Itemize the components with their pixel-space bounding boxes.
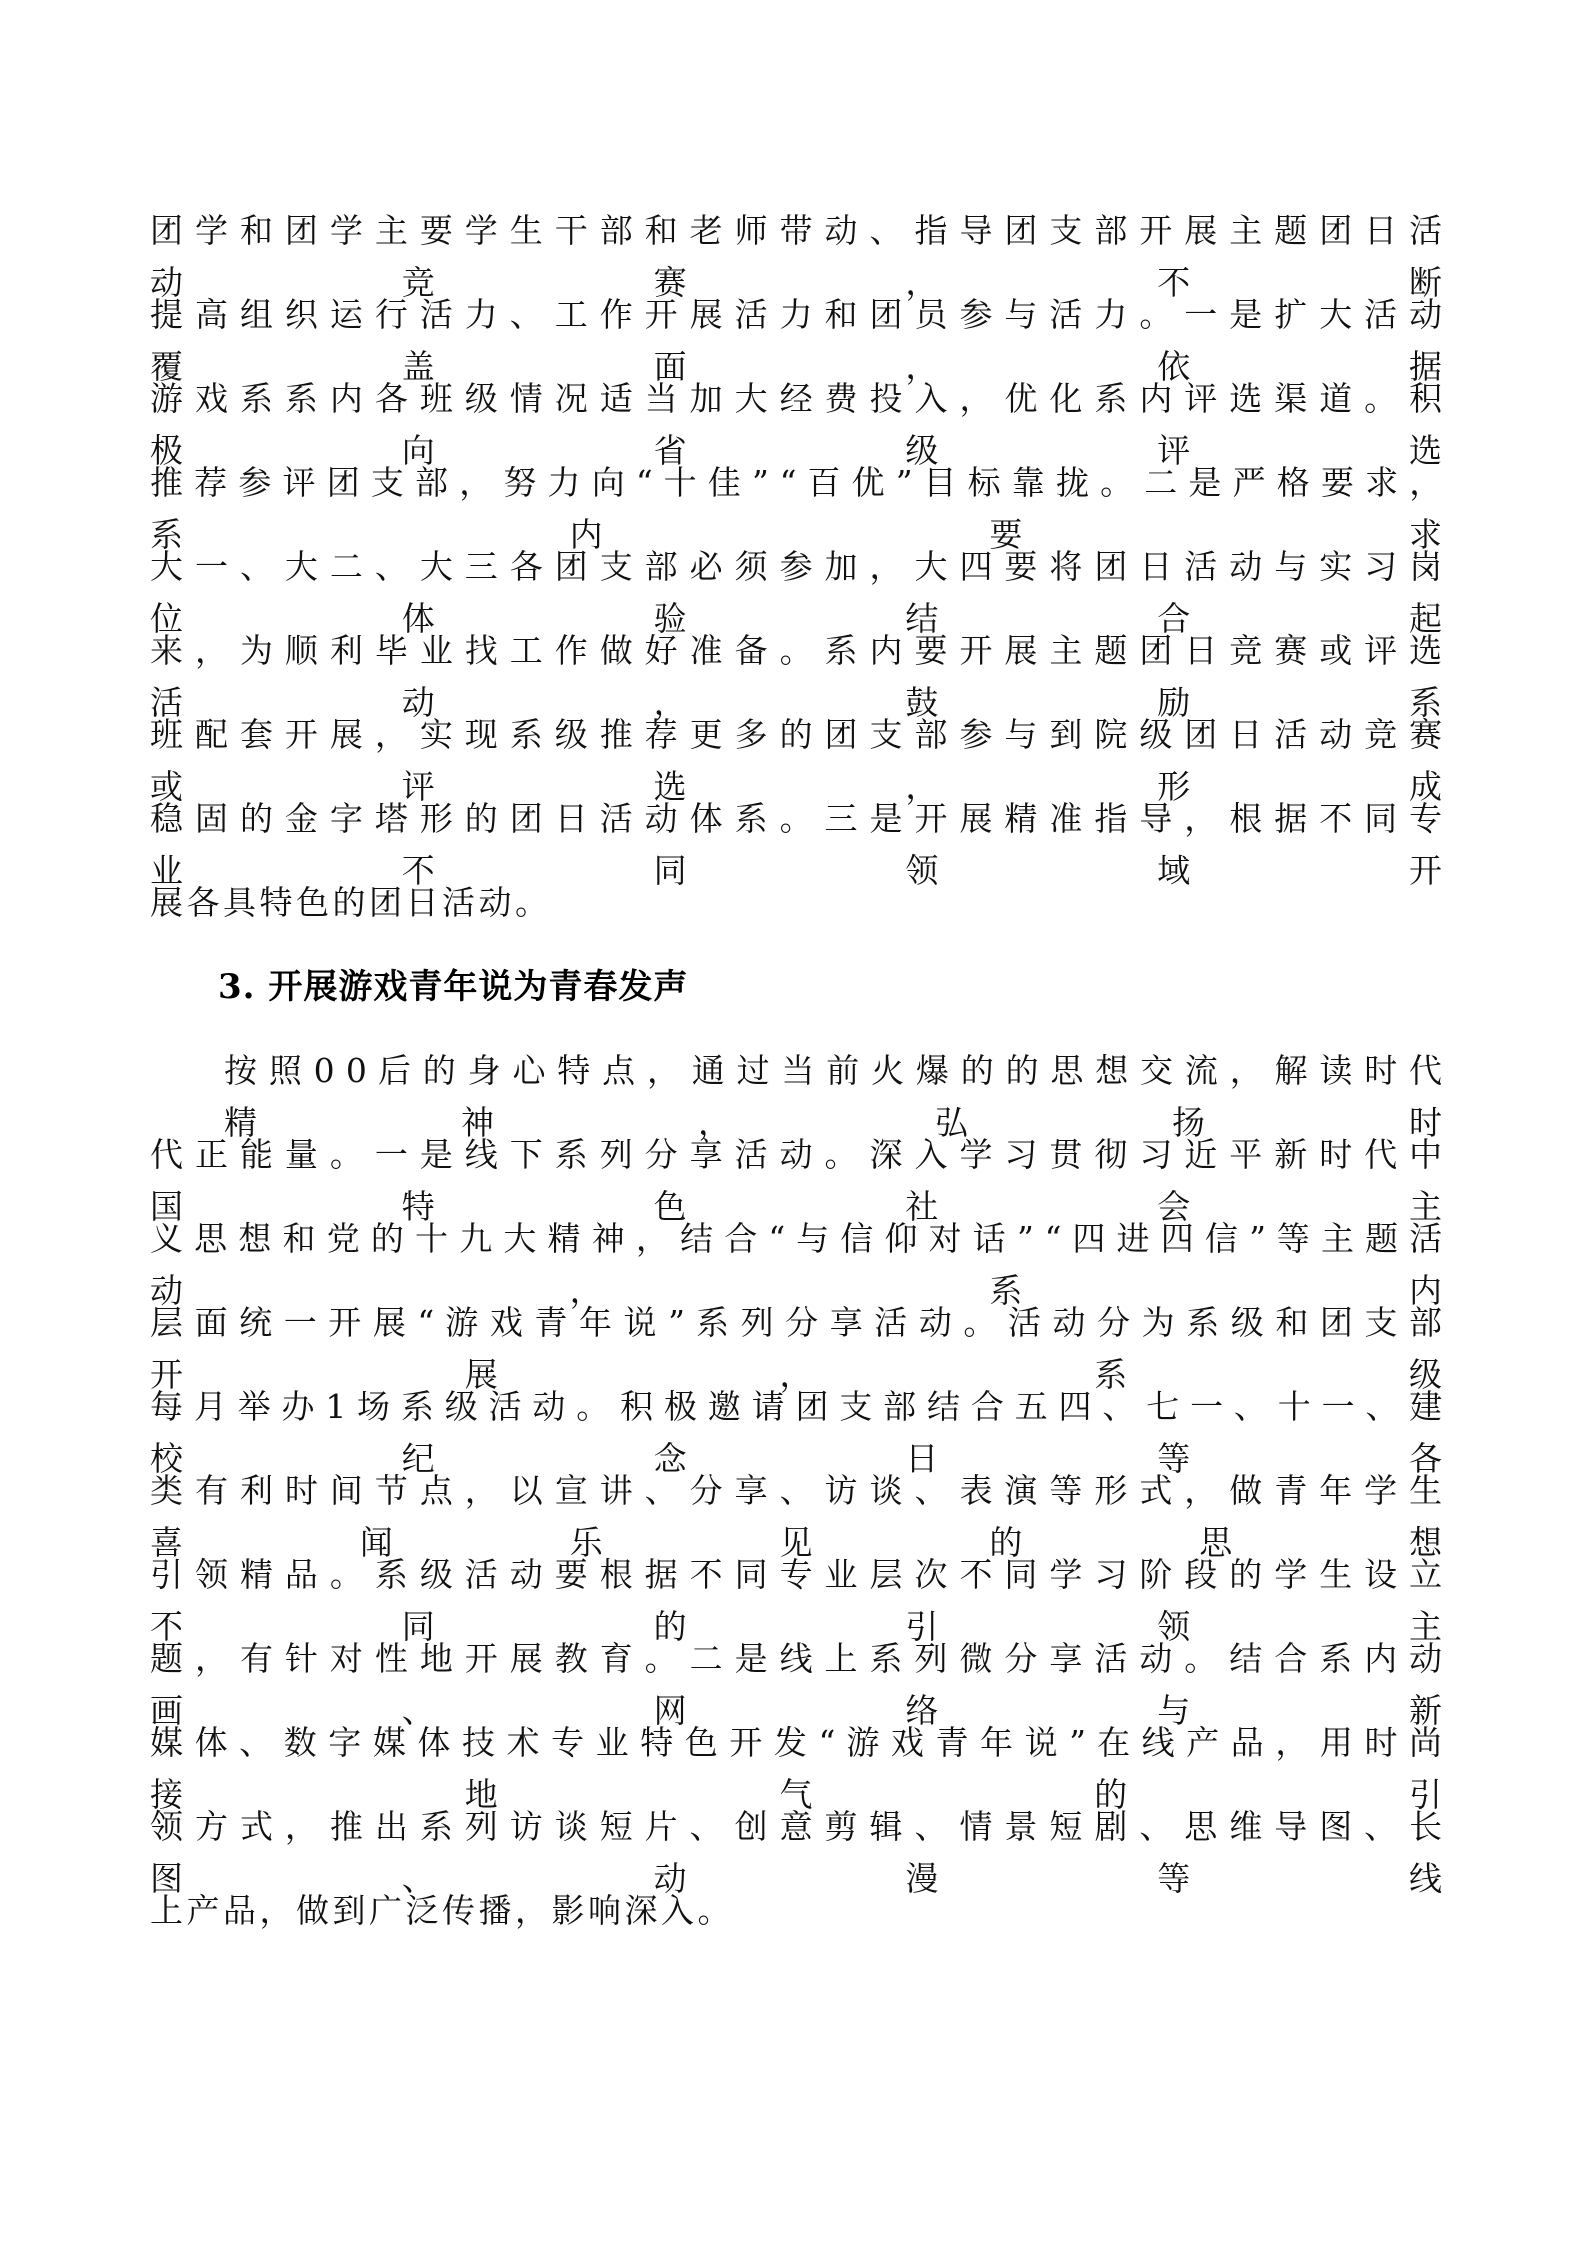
document-page: 团 学 和 团 学 主 要 学 生 干 部 和 老 师 带 动 、 指 导 团 … — [150, 205, 1442, 1969]
section-heading: 3. 开展游戏青年说为青春发声 — [150, 961, 1442, 1045]
paragraph-line: 来 ， 为 顺 利 毕 业 找 工 作 做 好 准 备 。 系 内 要 开 展 … — [150, 625, 1442, 709]
paragraph-line: 游 戏 系 系 内 各 班 级 情 况 适 当 加 大 经 费 投 入 ， 优 … — [150, 373, 1442, 457]
line-text: 展各具特色的团日活动。 — [150, 883, 552, 922]
paragraph-line: 提 高 组 织 运 行 活 力 、 工 作 开 展 活 力 和 团 员 参 与 … — [150, 289, 1442, 373]
paragraph-line: 推 荐 参 评 团 支 部 ， 努 力 向 “ 十 佳 ” “ 百 优 ” 目 … — [150, 457, 1442, 541]
paragraph-line: 层 面 统 一 开 展 “ 游 戏 青 年 说 ” 系 列 分 享 活 动 。 … — [150, 1297, 1442, 1381]
line-text: 上产品，做到广泛传播，影响深入。 — [150, 1891, 734, 1930]
paragraph-line: 每 月 举 办 1 场 系 级 活 动 。 积 极 邀 请 团 支 部 结 合 … — [150, 1381, 1442, 1465]
paragraph-line: 代 正 能 量 。 一 是 线 下 系 列 分 享 活 动 。 深 入 学 习 … — [150, 1129, 1442, 1213]
paragraph-line: 媒 体 、 数 字 媒 体 技 术 专 业 特 色 开 发 “ 游 戏 青 年 … — [150, 1717, 1442, 1801]
paragraph-1: 团 学 和 团 学 主 要 学 生 干 部 和 老 师 带 动 、 指 导 团 … — [150, 205, 1442, 961]
paragraph-line: 题 ， 有 针 对 性 地 开 展 教 育 。 二 是 线 上 系 列 微 分 … — [150, 1633, 1442, 1717]
paragraph-line: 班 配 套 开 展 ， 实 现 系 级 推 荐 更 多 的 团 支 部 参 与 … — [150, 709, 1442, 793]
paragraph-2: 按 照 0 0 后 的 身 心 特 点 ， 通 过 当 前 火 爆 的 的 思 … — [150, 1045, 1442, 1969]
paragraph-line: 类 有 利 时 间 节 点 ， 以 宣 讲 、 分 享 、 访 谈 、 表 演 … — [150, 1465, 1442, 1549]
paragraph-line: 义 思 想 和 党 的 十 九 大 精 神 ， 结 合 “ 与 信 仰 对 话 … — [150, 1213, 1442, 1297]
paragraph-line: 稳 固 的 金 字 塔 形 的 团 日 活 动 体 系 。 三 是 开 展 精 … — [150, 793, 1442, 877]
paragraph-line: 领 方 式 ， 推 出 系 列 访 谈 短 片 、 创 意 剪 辑 、 情 景 … — [150, 1801, 1442, 1885]
paragraph-line: 团 学 和 团 学 主 要 学 生 干 部 和 老 师 带 动 、 指 导 团 … — [150, 205, 1442, 289]
paragraph-line: 引 领 精 品 。 系 级 活 动 要 根 据 不 同 专 业 层 次 不 同 … — [150, 1549, 1442, 1633]
paragraph-line: 大 一 、 大 二 、 大 三 各 团 支 部 必 须 参 加 ， 大 四 要 … — [150, 541, 1442, 625]
paragraph-line: 按 照 0 0 后 的 身 心 特 点 ， 通 过 当 前 火 爆 的 的 思 … — [150, 1045, 1442, 1129]
